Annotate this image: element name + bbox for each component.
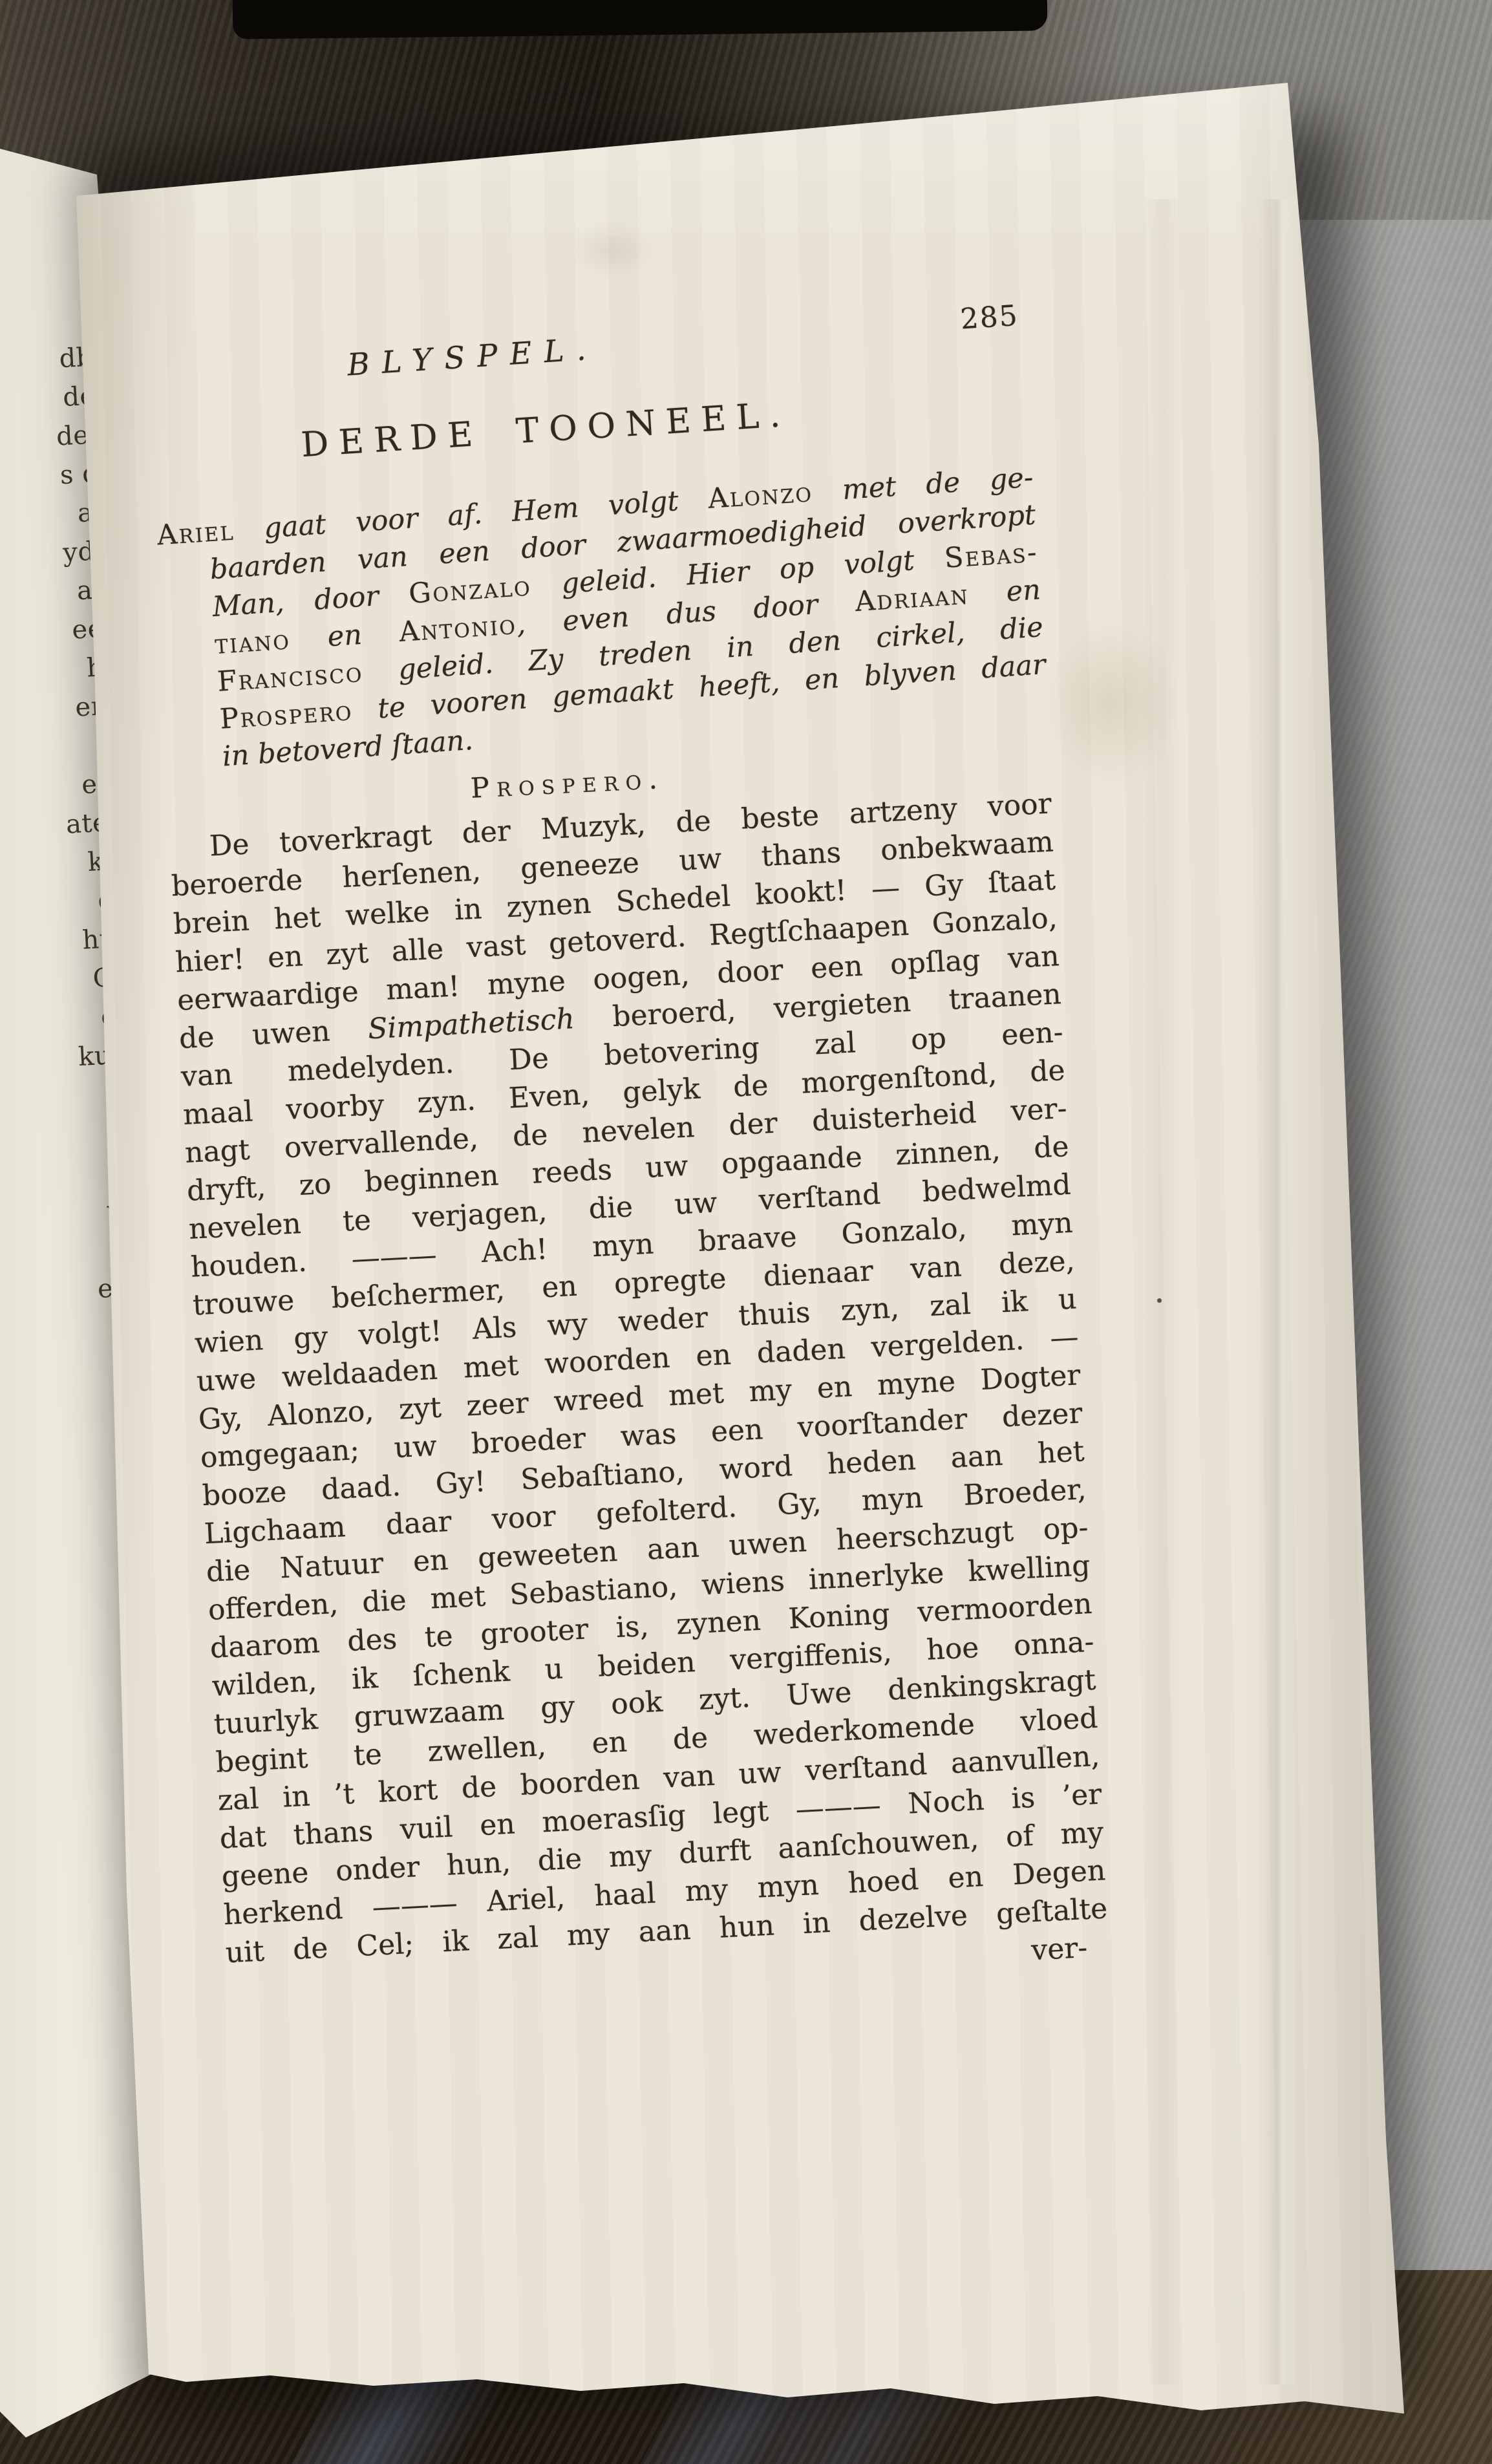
text-segment: en	[289, 616, 400, 656]
page-number: 285	[959, 299, 1019, 336]
book-page: BLYSPEL. 285 DERDE TOONEEL. Ariel gaat v…	[76, 83, 1404, 2418]
running-title: BLYSPEL.	[346, 331, 599, 383]
speech-block: Prospero. De toverkragt der Muzyk, de be…	[167, 744, 1111, 2011]
small-caps-name: Ariel	[156, 515, 235, 552]
small-caps-name: Antonio	[398, 608, 518, 648]
small-caps-name: Prospero	[219, 694, 354, 736]
small-caps-name: Gonzalo	[408, 570, 533, 610]
small-caps-name: Adriaan	[854, 579, 970, 619]
small-caps-name: Alonzo	[707, 476, 814, 515]
small-caps-name: tiano	[214, 623, 292, 661]
page-crease	[1143, 199, 1182, 2384]
speech-text: De toverkragt der Muzyk, de beste artzen…	[169, 785, 1109, 1973]
foxing-speck	[1157, 1298, 1162, 1303]
small-caps-name: Sebas-	[943, 536, 1039, 575]
stage-direction: Ariel gaat voor af. Hem volgt Alonzo met…	[147, 459, 1049, 780]
photo-of-book-page: { "page": { "running_title": "BLYSPEL.",…	[0, 0, 1492, 2464]
text-segment: en	[968, 573, 1041, 610]
page-crease	[1259, 199, 1298, 2384]
scene-heading: DERDE TOONEEL.	[145, 385, 947, 475]
running-header: BLYSPEL. 285	[141, 302, 1034, 361]
text-segment: de uwen	[178, 1012, 369, 1055]
page-content: BLYSPEL. 285 DERDE TOONEEL. Ariel gaat v…	[138, 251, 1133, 2298]
